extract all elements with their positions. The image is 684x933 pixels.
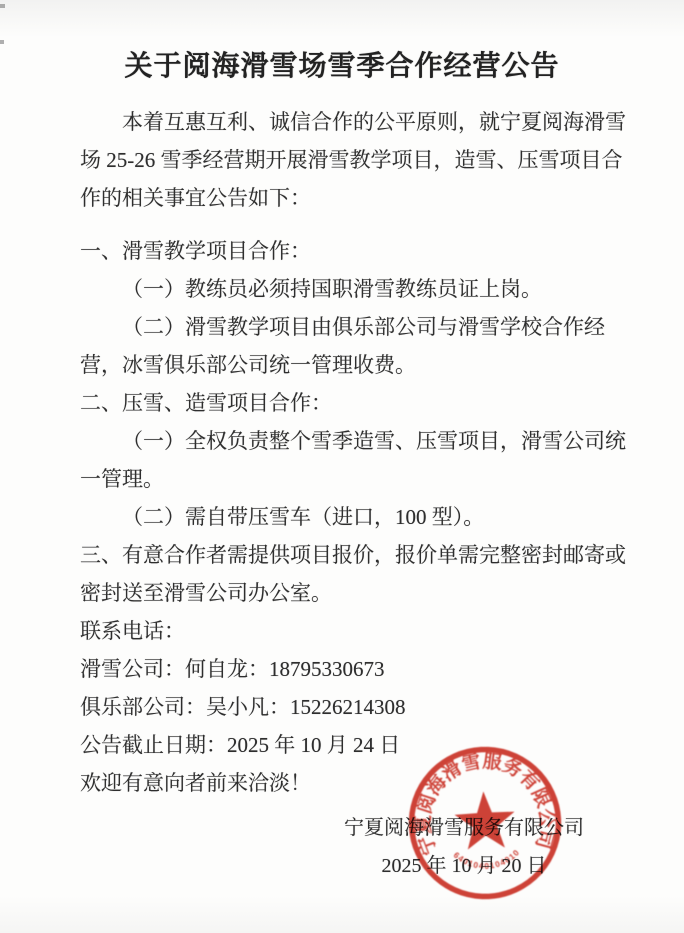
photo-edge-artifact xyxy=(0,4,5,8)
body-line: 联系电话： xyxy=(80,612,624,650)
document-body: 本着互惠互利、诚信合作的公平原则，就宁夏阅海滑雪场 25-26 雪季经营期开展滑… xyxy=(0,103,684,802)
body-line: 本着互惠互利、诚信合作的公平原则，就宁夏阅海滑雪 xyxy=(80,103,624,141)
body-line: 密封送至滑雪公司办公室。 xyxy=(80,574,624,612)
body-line: 俱乐部公司：吴小凡：15226214308 xyxy=(80,688,624,726)
body-line: 二、压雪、造雪项目合作： xyxy=(80,384,624,422)
body-line: （一）全权负责整个雪季造雪、压雪项目，滑雪公司统 xyxy=(80,422,624,460)
body-line: 一、滑雪教学项目合作： xyxy=(80,232,624,270)
document-page: 关于阅海滑雪场雪季合作经营公告 本着互惠互利、诚信合作的公平原则，就宁夏阅海滑雪… xyxy=(0,0,684,933)
seal-code-text: 6401040104010 xyxy=(451,846,522,872)
body-line: 一管理。 xyxy=(80,460,624,498)
body-line: 滑雪公司：何自龙：18795330673 xyxy=(80,650,624,688)
page-title: 关于阅海滑雪场雪季合作经营公告 xyxy=(0,0,684,86)
body-line: （二）滑雪教学项目由俱乐部公司与滑雪学校合作经 xyxy=(80,308,624,346)
body-line: 作的相关事宜公告如下： xyxy=(80,179,624,217)
official-seal-stamp: 宁夏阅海滑雪服务有限公司 6401040104010 xyxy=(402,740,568,906)
body-line: （一）教练员必须持国职滑雪教练员证上岗。 xyxy=(80,270,624,308)
body-line: 场 25-26 雪季经营期开展滑雪教学项目，造雪、压雪项目合 xyxy=(80,141,624,179)
photo-edge-artifact xyxy=(0,40,4,44)
body-line: （二）需自带压雪车（进口，100 型）。 xyxy=(80,498,624,536)
star-icon xyxy=(453,790,516,850)
body-line: 三、有意合作者需提供项目报价，报价单需完整密封邮寄或 xyxy=(80,536,624,574)
body-line: 营，冰雪俱乐部公司统一管理收费。 xyxy=(80,346,624,384)
